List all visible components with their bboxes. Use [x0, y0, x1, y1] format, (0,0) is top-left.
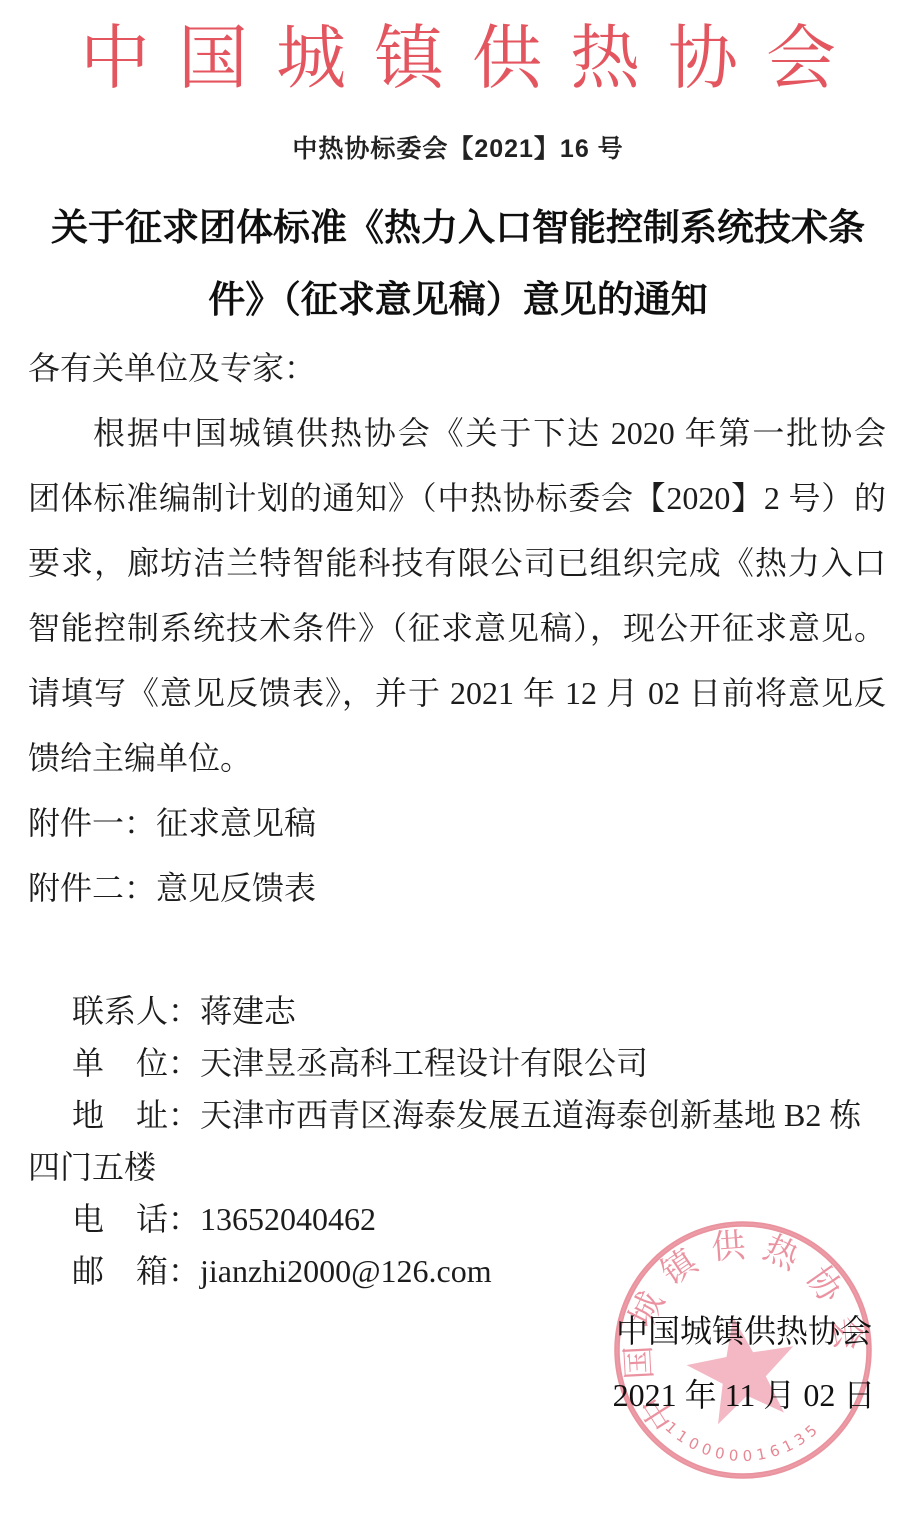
contact-address: 地 址：天津市西青区海泰发展五道海泰创新基地 B2 栋 [28, 1089, 886, 1141]
signature-date: 2021 年 11 月 02 日 [599, 1376, 889, 1414]
contact-company: 单 位：天津昱丞高科工程设计有限公司 [28, 1037, 886, 1089]
body-line: 团体标准编制计划的通知》（中热协标委会【2020】2 号）的 [28, 466, 886, 531]
notice-body: 各有关单位及专家： 根据中国城镇供热协会《关于下达 2020 年第一批协会 团体… [28, 336, 886, 921]
body-line: 请填写《意见反馈表》，并于 2021 年 12 月 02 日前将意见反 [28, 661, 886, 726]
official-red-seal: 中国城镇供热协会 110000016135 [603, 1210, 883, 1490]
contact-person: 联系人：蒋建志 [28, 985, 886, 1037]
letterhead-org-name: 中国城镇供热协会 [0, 0, 916, 106]
contact-address-wrap: 四门五楼 [28, 1141, 886, 1193]
attachment-2: 附件二：意见反馈表 [28, 856, 886, 921]
salutation: 各有关单位及专家： [28, 336, 886, 401]
signature-org: 中国城镇供热协会 [603, 1312, 885, 1350]
document-number: 中热协标委会【2021】16 号 [0, 132, 916, 166]
notice-title-line2: 件》（征求意见稿）意见的通知 [0, 264, 916, 336]
document-page: 中国城镇供热协会 中热协标委会【2021】16 号 关于征求团体标准《热力入口智… [0, 0, 916, 1519]
notice-title-line1: 关于征求团体标准《热力入口智能控制系统技术条 [0, 192, 916, 264]
body-line: 馈给主编单位。 [28, 726, 886, 791]
seal-serial-number: 110000016135 [662, 1418, 825, 1465]
notice-title: 关于征求团体标准《热力入口智能控制系统技术条 件》（征求意见稿）意见的通知 [0, 192, 916, 336]
body-line: 要求，廊坊洁兰特智能科技有限公司已组织完成《热力入口 [28, 531, 886, 596]
body-line: 根据中国城镇供热协会《关于下达 2020 年第一批协会 [28, 401, 886, 466]
body-line: 智能控制系统技术条件》（征求意见稿），现公开征求意见。 [28, 596, 886, 661]
svg-text:110000016135: 110000016135 [662, 1418, 825, 1465]
attachment-1: 附件一：征求意见稿 [28, 791, 886, 856]
